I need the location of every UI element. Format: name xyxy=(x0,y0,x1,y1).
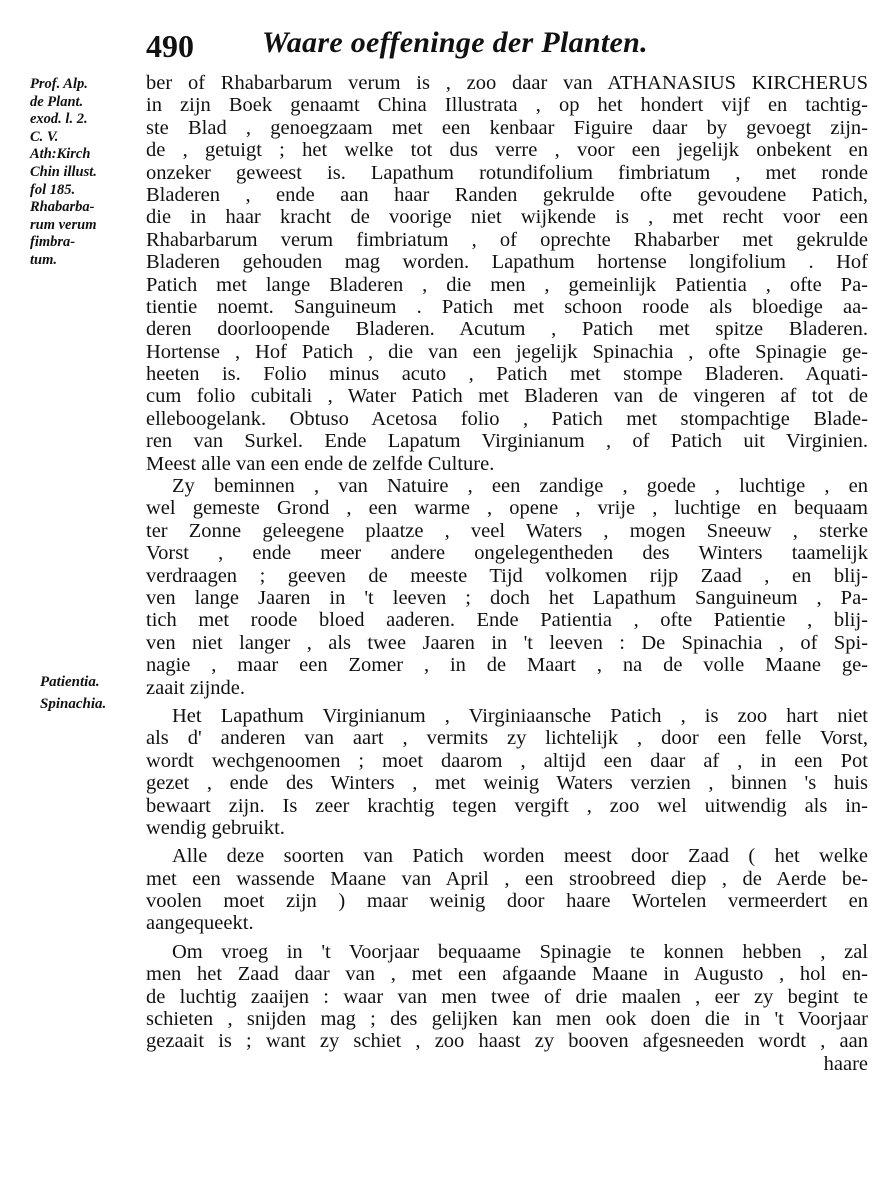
text-line: zaait zijnde. xyxy=(146,677,868,699)
paragraph-1: ber of Rhabarbarum verum is , zoo daar v… xyxy=(146,72,868,475)
text-line: cum folio cubitali , Water Patich met Bl… xyxy=(146,385,868,407)
paragraph-5: Om vroeg in 't Voorjaar bequaame Spinagi… xyxy=(146,941,868,1053)
text-line: Bladeren gehouden mag worden. Lapathum h… xyxy=(146,251,868,273)
margin-line: fimbra- xyxy=(30,234,142,252)
margin-line: tum. xyxy=(30,252,142,270)
running-title: Waare oeffeninge der Planten. xyxy=(262,26,648,60)
margin-line: Patientia. xyxy=(40,671,144,693)
text-line: ber of Rhabarbarum verum is , zoo daar v… xyxy=(146,72,868,94)
text-line: onzeker geweest is. Lapathum rotundifoli… xyxy=(146,162,868,184)
text-line: bewaart zijn. Is zeer krachtig tegen ver… xyxy=(146,795,868,817)
margin-line: Chin illust. xyxy=(30,164,142,182)
text-line: Rhabarbarum verum fimbriatum , of oprech… xyxy=(146,229,868,251)
margin-line: Spinachia. xyxy=(40,693,144,715)
text-line: wordt wechgenoomen ; moet daarom , altij… xyxy=(146,750,868,772)
margin-line: C. V. xyxy=(30,129,142,147)
margin-note-references: Prof. Alp. de Plant. exod. l. 2. C. V. A… xyxy=(30,76,142,270)
text-line: ter Zonne geleegene plaatze , veel Water… xyxy=(146,520,868,542)
text-line: schieten , snijden mag ; des gelijken ka… xyxy=(146,1008,868,1030)
text-line: aangequeekt. xyxy=(146,912,868,934)
text-line: elleboogelank. Obtuso Acetosa folio , Pa… xyxy=(146,408,868,430)
text-line: ven niet langer , als twee Jaaren in 't … xyxy=(146,632,868,654)
text-line: men het Zaad daar van , met een afgaande… xyxy=(146,963,868,985)
paragraph-2: Zy beminnen , van Natuire , een zandige … xyxy=(146,475,868,699)
text-line: Bladeren , ende aan haar Randen gekrulde… xyxy=(146,184,868,206)
text-line: tich met roode bloed aaderen. Ende Patie… xyxy=(146,609,868,631)
paragraph-4: Alle deze soorten van Patich worden mees… xyxy=(146,845,868,935)
margin-line: exod. l. 2. xyxy=(30,111,142,129)
text-line: Meest alle van een ende de zelfde Cultur… xyxy=(146,453,868,475)
text-line: Hortense , Hof Patich , die van een jege… xyxy=(146,341,868,363)
text-line: met een wassende Maane van April , een s… xyxy=(146,868,868,890)
text-line: nagie , maar een Zomer , in de Maart , n… xyxy=(146,654,868,676)
text-line: wel gemeste Grond , een warme , opene , … xyxy=(146,497,868,519)
text-line: die in haar kracht de voorige niet wijke… xyxy=(146,206,868,228)
text-line: de luchtig zaaijen : waar van men twee o… xyxy=(146,986,868,1008)
text-line: ste Blad , genoegzaam met een kenbaar Fi… xyxy=(146,117,868,139)
text-line: als d' anderen van aart , vermits zy lic… xyxy=(146,727,868,749)
text-line: deren doorloopende Bladeren. Acutum , Pa… xyxy=(146,318,868,340)
text-line: gezet , ende des Winters , met weinig Wa… xyxy=(146,772,868,794)
margin-line: Prof. Alp. xyxy=(30,76,142,94)
text-line: de , getuigt ; het welke tot dus verre ,… xyxy=(146,139,868,161)
margin-line: de Plant. xyxy=(30,94,142,112)
text-line: Vorst , ende meer andere ongelegentheden… xyxy=(146,542,868,564)
text-line: heeten is. Folio minus acuto , Patich me… xyxy=(146,363,868,385)
catchword: haare xyxy=(146,1053,868,1075)
text-line: gezaait is ; want zy schiet , zoo haast … xyxy=(146,1030,868,1052)
text-line: voolen moet zijn ) maar weinig door haar… xyxy=(146,890,868,912)
text-line: Patich met lange Bladeren , die men , ge… xyxy=(146,274,868,296)
margin-line: Ath:Kirch xyxy=(30,146,142,164)
text-line: ren van Surkel. Ende Lapatum Virginianum… xyxy=(146,430,868,452)
margin-line: fol 185. xyxy=(30,182,142,200)
text-line: Alle deze soorten van Patich worden mees… xyxy=(146,845,868,867)
text-line: in zijn Boek genaamt China Illustrata , … xyxy=(146,94,868,116)
paragraph-3: Het Lapathum Virginianum , Virginiaansch… xyxy=(146,705,868,839)
text-line: wendig gebruikt. xyxy=(146,817,868,839)
text-line: tientie noemt. Sanguineum . Patich met s… xyxy=(146,296,868,318)
text-line: Zy beminnen , van Natuire , een zandige … xyxy=(146,475,868,497)
text-line: verdraagen ; geeven de meeste Tijd volko… xyxy=(146,565,868,587)
text-line: Het Lapathum Virginianum , Virginiaansch… xyxy=(146,705,868,727)
margin-line: Rhabarba- xyxy=(30,199,142,217)
margin-note-species: Patientia. Spinachia. xyxy=(40,671,144,715)
page-number: 490 xyxy=(146,28,194,65)
text-line: ven lange Jaaren in 't leeven ; doch het… xyxy=(146,587,868,609)
margin-line: rum verum xyxy=(30,217,142,235)
text-line: Om vroeg in 't Voorjaar bequaame Spinagi… xyxy=(146,941,868,963)
body-text: ber of Rhabarbarum verum is , zoo daar v… xyxy=(146,72,868,1075)
